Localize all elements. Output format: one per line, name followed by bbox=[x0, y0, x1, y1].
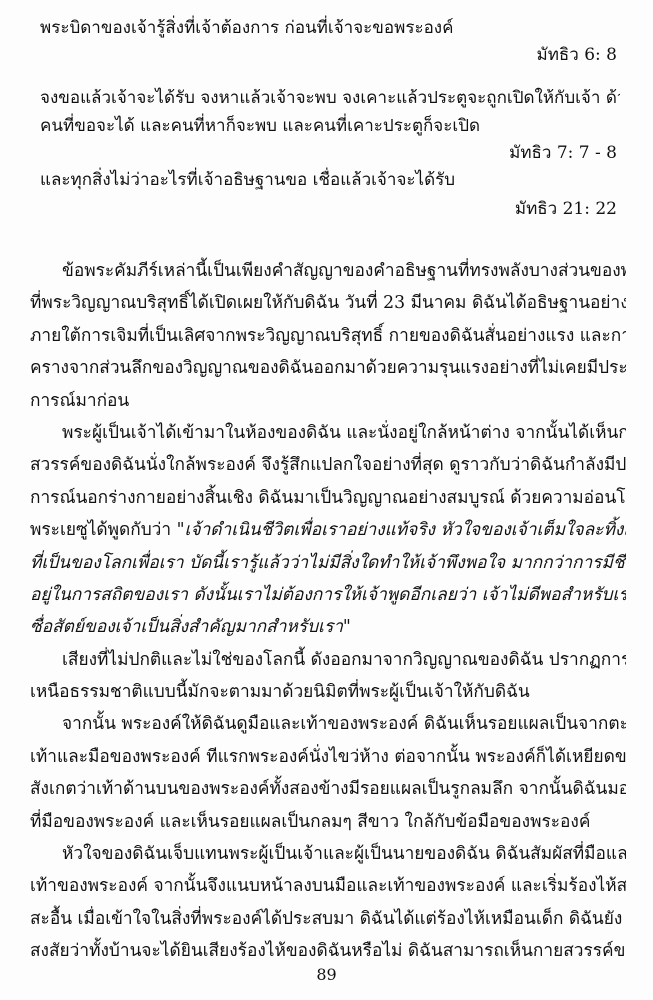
paragraph-line: สังเกตว่าเท้าด้านบนของพระองค์ทั้งสองข้าง… bbox=[30, 773, 626, 805]
page-number: 89 bbox=[0, 965, 653, 984]
quoted-speech-line: ที่เป็นของโลกเพื่อเรา บัดนี้เรารู้แล้วว่… bbox=[30, 547, 626, 579]
body-text: ข้อพระคัมภีร์เหล่านี้เป็นเพียงคำสัญญาของ… bbox=[30, 255, 626, 968]
paragraph-line: หัวใจของดิฉันเจ็บแทนพระผู้เป็นเจ้าและผู้… bbox=[30, 838, 626, 870]
paragraph-line: พระเยซูได้พูดกับว่า "เจ้าดำเนินชีวิตเพื่… bbox=[30, 514, 626, 546]
quoted-speech: "เจ้าดำเนินชีวิตเพื่อเราอย่างแท้จริง หัว… bbox=[177, 520, 626, 540]
paragraph-line: เท้าของพระองค์ จากนั้นจึงแนบหน้าลงบนมือแ… bbox=[30, 870, 626, 902]
paragraph-line: การณ์มาก่อน bbox=[30, 385, 626, 417]
paragraph-line: เท้าและมือของพระองค์ ทีแรกพระองค์นั่งไขว… bbox=[30, 741, 626, 773]
verse-quote: และทุกสิ่งไม่ว่าอะไรที่เจ้าอธิษฐานขอ เชื… bbox=[40, 166, 620, 194]
verse-quote: พระบิดาของเจ้ารู้สิ่งที่เจ้าต้องการ ก่อน… bbox=[40, 14, 620, 42]
paragraph-line: เสียงที่ไม่ปกติและไม่ใช่ของโลกนี้ ดังออก… bbox=[30, 644, 626, 676]
paragraph-line: ครางจากส่วนลึกของวิญญาณของดิฉันออกมาด้วย… bbox=[30, 352, 626, 384]
verse-line: คนที่ขอจะได้ และคนที่หาก็จะพบ และคนที่เค… bbox=[40, 112, 620, 140]
paragraph-line: ภายใต้การเจิมที่เป็นเลิศจากพระวิญญาณบริส… bbox=[30, 320, 626, 352]
paragraph-line: ข้อพระคัมภีร์เหล่านี้เป็นเพียงคำสัญญาของ… bbox=[30, 255, 626, 287]
paragraph-line: ที่พระวิญญาณบริสุทธิ์ได้เปิดเผยให้กับดิฉ… bbox=[30, 287, 626, 319]
paragraph-line: จากนั้น พระองค์ให้ดิฉันดูมือและเท้าของพร… bbox=[30, 708, 626, 740]
paragraph-line: ที่มือของพระองค์ และเห็นรอยแผลเป็นกลมๆ ส… bbox=[30, 806, 626, 838]
verse-reference: มัทธิว 7: 7 - 8 bbox=[509, 140, 617, 166]
verse-reference: มัทธิว 21: 22 bbox=[515, 196, 617, 222]
paragraph-line: เหนือธรรมชาติแบบนี้มักจะตามมาด้วยนิมิตที… bbox=[30, 676, 626, 708]
document-page: พระบิดาของเจ้ารู้สิ่งที่เจ้าต้องการ ก่อน… bbox=[0, 0, 653, 1000]
paragraph-line: การณ์นอกร่างกายอย่างสิ้นเชิง ดิฉันมาเป็น… bbox=[30, 482, 626, 514]
paragraph-line: สวรรค์ของดิฉันนั่งใกล้พระองค์ จึงรู้สึกแ… bbox=[30, 449, 626, 481]
quoted-speech-line: อยู่ในการสถิตของเรา ดังนั้นเราไม่ต้องการ… bbox=[30, 579, 626, 611]
verse-line: จงขอแล้วเจ้าจะได้รับ จงหาแล้วเจ้าจะพบ จง… bbox=[40, 84, 620, 112]
verse-quote: จงขอแล้วเจ้าจะได้รับ จงหาแล้วเจ้าจะพบ จง… bbox=[40, 84, 620, 140]
speaker-intro: พระเยซูได้พูดกับว่า bbox=[30, 520, 177, 540]
quoted-speech-line: ซื่อสัตย์ของเจ้าเป็นสิ่งสำคัญมากสำหรับเร… bbox=[30, 611, 626, 643]
verse-line: พระบิดาของเจ้ารู้สิ่งที่เจ้าต้องการ ก่อน… bbox=[40, 14, 620, 42]
verse-reference: มัทธิว 6: 8 bbox=[536, 42, 617, 68]
paragraph-line: พระผู้เป็นเจ้าได้เข้ามาในห้องของดิฉัน แล… bbox=[30, 417, 626, 449]
verse-line: และทุกสิ่งไม่ว่าอะไรที่เจ้าอธิษฐานขอ เชื… bbox=[40, 166, 620, 194]
paragraph-line: สะอื้น เมื่อเข้าใจในสิ่งที่พระองค์ได้ประ… bbox=[30, 903, 626, 935]
paragraph-line: สงสัยว่าทั้งบ้านจะได้ยินเสียงร้องไห้ของด… bbox=[30, 935, 626, 967]
